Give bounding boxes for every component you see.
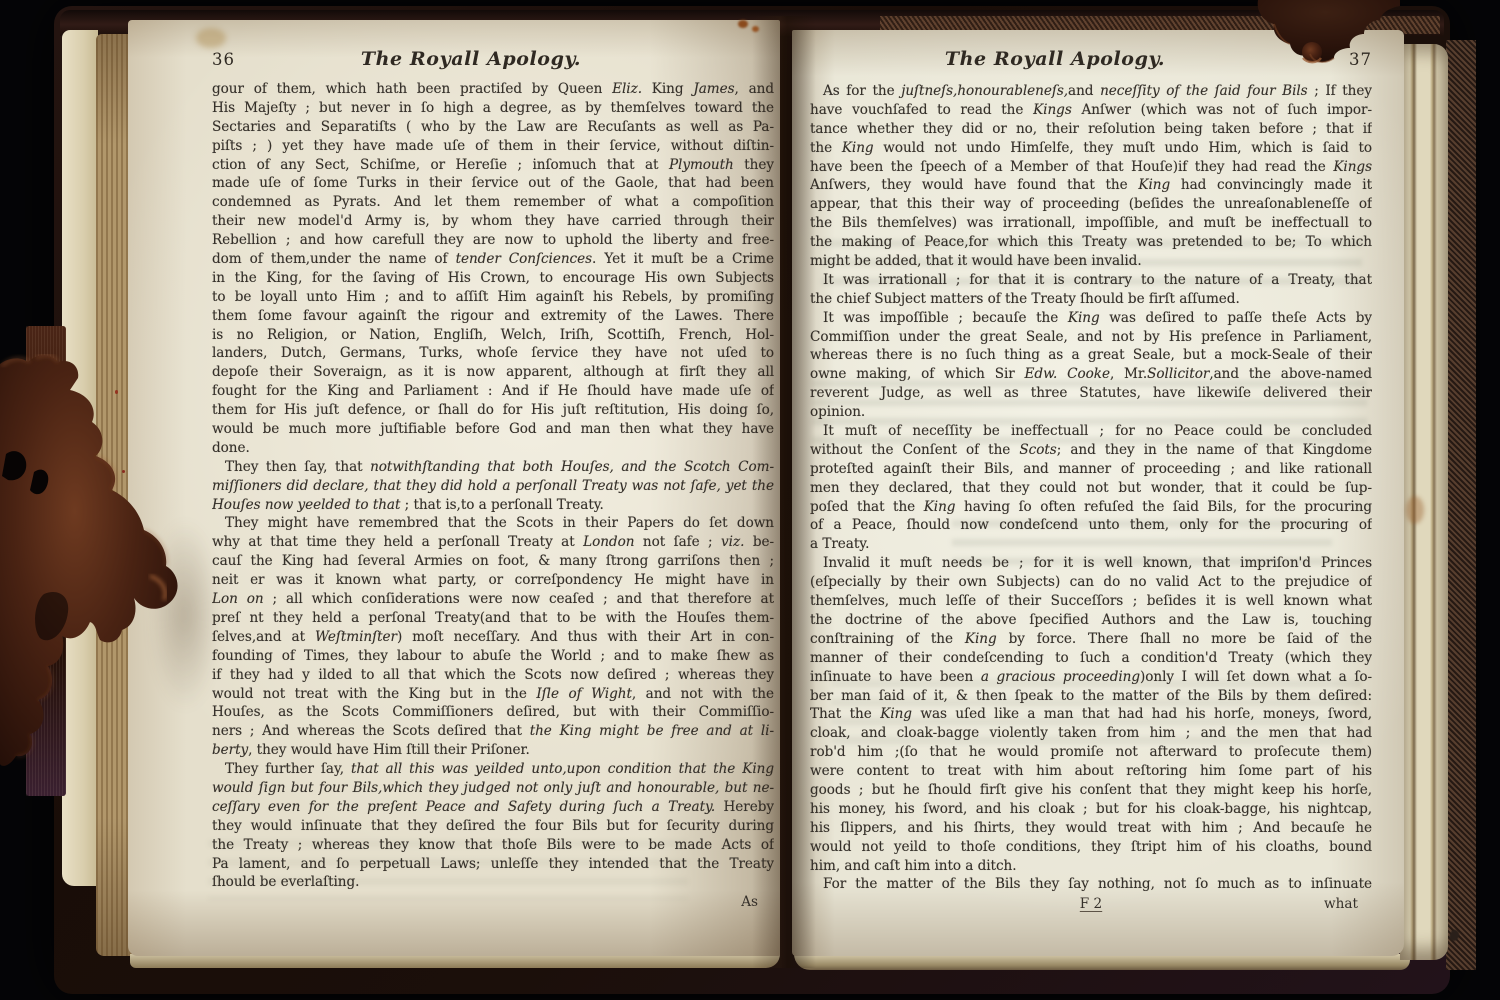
text-line: might be added, that it would have been … <box>810 252 1372 271</box>
text-line: they would inſinuate that they deſired t… <box>212 817 774 836</box>
text-line: in the King, for the ſaving of His Crown… <box>212 269 774 288</box>
text-line: the King would not undo Himſelfe, they m… <box>810 139 1372 158</box>
text-line: would not yeild to thoſe conditions, the… <box>810 838 1372 857</box>
text-line: (eſpecially by their own Subjects) can d… <box>810 573 1372 592</box>
text-line: For the matter of the Bils they ſay noth… <box>810 875 1372 894</box>
text-line: men they declared, that they could not b… <box>810 479 1372 498</box>
text-line: the Bils themſelves) was irrationall, im… <box>810 214 1372 233</box>
text-line: his money, his ſword, and his cloak ; bu… <box>810 800 1372 819</box>
text-line: ſhould be everlaſting. <box>212 873 774 892</box>
text-line: As for the juſtneſs,honourableneſs,and n… <box>810 82 1372 101</box>
text-line: done. <box>212 439 774 458</box>
text-line: That the King was uſed like a man that h… <box>810 705 1372 724</box>
text-line: the Treaty ; whereas they know that thoſ… <box>212 836 774 855</box>
text-line: ber man ſaid of it, & then ſpeak to the … <box>810 687 1372 706</box>
text-line: ſelves,and at Weſtminſter) moſt neceſſar… <box>212 628 774 647</box>
text-line: would ſign but four Bils,which they judg… <box>212 779 774 798</box>
text-line: opinion. <box>810 403 1372 422</box>
right-page: The Royall Apology. 37 As for the juſtne… <box>792 30 1404 956</box>
text-line: reverent Judge, as well as three Statute… <box>810 384 1372 403</box>
text-line: proteſted againſt their Bils, and manner… <box>810 460 1372 479</box>
text-line: them for His juſt defence, or ſhall do f… <box>212 401 774 420</box>
text-line: him, and caſt him into a ditch. <box>810 857 1372 876</box>
signature-mark: F 2 <box>1080 896 1102 912</box>
text-line: depoſe their Soveraign, as it is now app… <box>212 363 774 382</box>
text-line: whereas there is no ſuch thing as a grea… <box>810 346 1372 365</box>
text-line: It was impoſſible ; becauſe the King was… <box>810 309 1372 328</box>
text-line: a Treaty. <box>810 535 1372 554</box>
text-line: cauſ the King had ſeveral Armies on foot… <box>212 552 774 571</box>
text-line: his ſlippers, and his ſhirts, they would… <box>810 819 1372 838</box>
text-line: gour of them, which hath been practiſed … <box>212 80 774 99</box>
text-line: piſts ; ) yet they have made uſe of them… <box>212 137 774 156</box>
text-line: His Majeſty ; but never in ſo high a deg… <box>212 99 774 118</box>
text-line: ners ; And whereas the Scots deſired tha… <box>212 722 774 741</box>
text-line: miſſioners did declare, that they did ho… <box>212 477 774 496</box>
metal-clasp-icon <box>0 350 185 770</box>
text-line: goods ; but he ſhould firſt give his con… <box>810 781 1372 800</box>
page-header: 36 The Royall Apology. <box>212 46 774 72</box>
text-line: conſtraining of the King by force. There… <box>810 630 1372 649</box>
text-line: berty, they would have Him ſtill their P… <box>212 741 774 760</box>
text-line: cloak, and cloak-bagge violently taken f… <box>810 724 1372 743</box>
text-line: landers, Dutch, Germans, Turks, whoſe ſe… <box>212 344 774 363</box>
page-stack-edge-bottom-left <box>130 954 780 968</box>
catchword-row: As <box>212 894 774 913</box>
text-line: Commiſſion under the great Seale, and no… <box>810 328 1372 347</box>
text-line: have vouchſafed to read the Kings Anſwer… <box>810 101 1372 120</box>
text-line: fought for the King and Parliament : And… <box>212 382 774 401</box>
running-title: The Royall Apology. <box>820 46 1290 72</box>
text-line: preſ nt they held a perſonal Treaty(and … <box>212 609 774 628</box>
text-line: the chief Subject matters of the Treaty … <box>810 290 1372 309</box>
text-line: ceſſary even for the preſent Peace and S… <box>212 798 774 817</box>
text-line: Lon on ; all which conſiderations were n… <box>212 590 774 609</box>
text-line: They might have remembred that the Scots… <box>212 514 774 533</box>
text-line: themſelves, much leſſe of their Succeſſo… <box>810 592 1372 611</box>
text-line: ction of any Sect, Schiſme, or Hereſie ;… <box>212 156 774 175</box>
text-line: poſed that the King having ſo often refu… <box>810 498 1372 517</box>
text-line: They further ſay, that all this was yeil… <box>212 760 774 779</box>
text-line: have been the ſpeech of a Member of that… <box>810 158 1372 177</box>
signature-row: F 2 what <box>810 896 1372 916</box>
text-line: their new model'd Army is, by whom they … <box>212 212 774 231</box>
text-line: the making of Peace,for which this Treat… <box>810 233 1372 252</box>
text-line: appear, that this their way of proceedin… <box>810 195 1372 214</box>
text-line: Houſes now yeelded to that ; that is,to … <box>212 496 774 515</box>
text-line: would be much more juſtifiable before Go… <box>212 420 774 439</box>
text-line: to be loyall unto Him ; and to aſſiſt Hi… <box>212 288 774 307</box>
text-line: founding of Times, they labour to abuſe … <box>212 647 774 666</box>
text-line: without the Conſent of the Scots; and th… <box>810 441 1372 460</box>
text-line: dom of them,under the name of tender Con… <box>212 250 774 269</box>
fore-edge-right <box>1400 44 1448 960</box>
text-line: inſinuate to have been a gracious procee… <box>810 668 1372 687</box>
text-line: tance whether they did or no, their reſo… <box>810 120 1372 139</box>
text-line: Pa lament, and ſo perpetuall Laws; unleſ… <box>212 855 774 874</box>
text-line: why at that time they held a perſonall T… <box>212 533 774 552</box>
running-title: The Royall Apology. <box>236 46 706 72</box>
text-line: Invalid it muſt needs be ; for it is wel… <box>810 554 1372 573</box>
text-line: of a Peace, ſhould now condeſcend unto t… <box>810 516 1372 535</box>
text-line: made uſe of ſome Turks in their ſervice … <box>212 174 774 193</box>
text-line: Sectaries and Separatiſts ( who by the L… <box>212 118 774 137</box>
right-page-text: As for the juſtneſs,honourableneſs,and n… <box>810 82 1372 894</box>
text-line: Houſes, as the Scots Commiſſioners deſir… <box>212 703 774 722</box>
text-line: It was irrationall ; for that it is cont… <box>810 271 1372 290</box>
photograph-of-open-book: 36 The Royall Apology. gour of them, whi… <box>0 0 1500 1000</box>
text-line: were content to treat with him about reſ… <box>810 762 1372 781</box>
page-stack-edge-bottom-right <box>794 954 1410 970</box>
text-line: would not treat with the King but in the… <box>212 685 774 704</box>
text-line: manner of their condeſcending to ſuch a … <box>810 649 1372 668</box>
text-line: rob'd him ;(ſo that he would promiſe not… <box>810 743 1372 762</box>
left-page: 36 The Royall Apology. gour of them, whi… <box>128 20 780 956</box>
text-line: if they had y ilded to all that which th… <box>212 666 774 685</box>
text-line: the doctrine of the above ſpecified Auth… <box>810 611 1372 630</box>
text-line: is no Religion, or Nation, Engliſh, Welc… <box>212 326 774 345</box>
text-line: neit er was it known what party, or corr… <box>212 571 774 590</box>
text-line: condemned as Pyrats. And let them rememb… <box>212 193 774 212</box>
text-line: Anſwers, they would have found that the … <box>810 176 1372 195</box>
left-page-text: gour of them, which hath been practiſed … <box>212 80 774 892</box>
text-line: owne making, of which Sir Edw. Cooke, Mr… <box>810 365 1372 384</box>
book-cover-edge-right <box>1446 40 1476 970</box>
text-line: Rebellion ; and how carefull they are no… <box>212 231 774 250</box>
text-line: They then ſay, that notwithſtanding that… <box>212 458 774 477</box>
text-line: them ſome favour againſt the rigour and … <box>212 307 774 326</box>
catchword: what <box>1324 896 1358 912</box>
text-line: It muſt of neceſſity be ineffectuall ; f… <box>810 422 1372 441</box>
catchword: As <box>741 894 758 910</box>
metal-clasp-tip-icon <box>1250 0 1400 70</box>
